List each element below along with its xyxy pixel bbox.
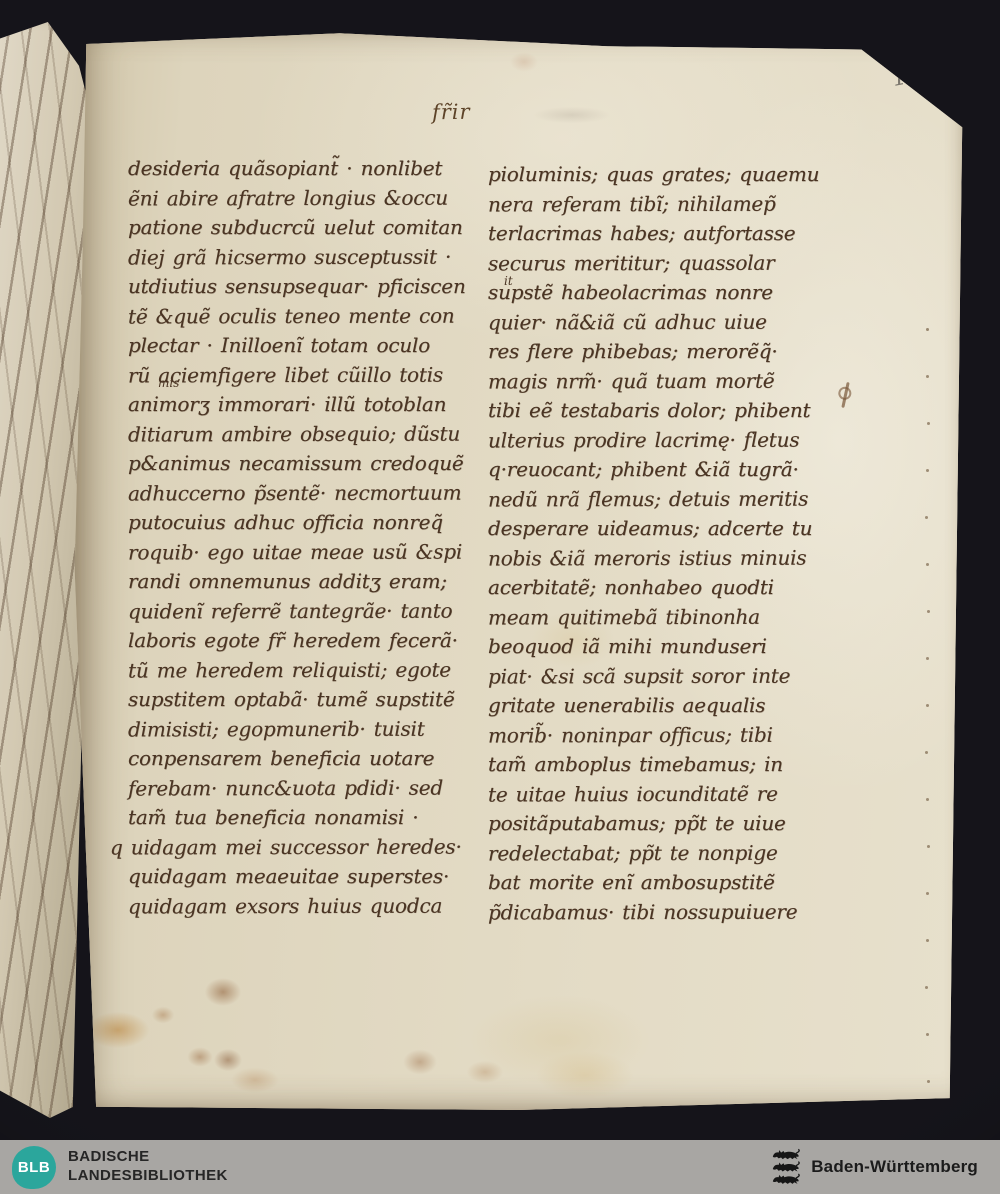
baden-wuerttemberg-arms-icon <box>772 1144 800 1190</box>
manuscript-line: pioluminis; quas grates; quaemu <box>488 160 840 190</box>
blb-logo-icon: BLB <box>12 1146 56 1189</box>
prick-marks <box>926 328 929 331</box>
manuscript-line: q·reuocant; phibent &iã tugrã· <box>488 455 840 485</box>
manuscript-line: animorʒ immorari· illũ totoblan <box>128 390 480 420</box>
state-name: Baden-Württemberg <box>811 1157 978 1177</box>
manuscript-line: morib̃· noninpar officus; tibi <box>488 720 840 750</box>
manuscript-line: beoquod iã mihi munduseri <box>488 632 840 662</box>
manuscript-line: laboris egote fr̃ heredem fecerã· <box>128 626 480 656</box>
manuscript-line: supstẽ habeolacrimas nonre <box>488 278 840 308</box>
interlinear-gloss: mis <box>158 376 179 390</box>
running-title: fr̃ir <box>432 100 471 125</box>
manuscript-line: rũ aciemfigere libet cũillo totis <box>128 360 480 390</box>
manuscript-line: tũ me heredem reliquisti; egote <box>128 655 480 685</box>
manuscript-line: dimisisti; egopmunerib· tuisit <box>128 714 480 744</box>
manuscript-line: tam̃ amboplus timebamus; in <box>488 750 840 780</box>
manuscript-line: roquib· ego uitae meae usũ &spi <box>128 537 480 567</box>
manuscript-line: quier· nã&iã cũ adhuc uiue <box>488 307 840 337</box>
manuscript-line: desideria quãsopiant̃ · nonlibet <box>128 154 480 184</box>
manuscript-line: adhuccerno p̃sentẽ· necmortuum <box>128 478 480 508</box>
page-number-pencil: 104 <box>890 57 945 92</box>
manuscript-line: patione subducrcũ uelut comitan <box>128 213 480 243</box>
manuscript-line: randi omnemunus additʒ eram; <box>128 567 480 597</box>
manuscript-line: ẽni abire afratre longius &occu <box>128 183 480 213</box>
manuscript-line: utdiutius sensupsequar· pficiscen <box>128 272 480 302</box>
manuscript-line: plectar · Inilloenĩ totam oculo <box>128 331 480 361</box>
manuscript-line: securus merititur; quassolar <box>488 248 840 278</box>
manuscript-line: tam̃ tua beneficia nonamisi · <box>128 803 480 833</box>
manuscript-line: piat· &si scã supsit soror inte <box>488 661 840 691</box>
interlinear-gloss: it <box>504 274 513 288</box>
manuscript-line: bat morite enĩ ambosupstitẽ <box>488 868 840 898</box>
manuscript-line: meam quitimebã tibinonha <box>488 602 840 632</box>
footer-bar: BLB BADISCHE LANDESBIBLIOTHEK Baden-Würt <box>0 1140 1000 1194</box>
state-brand: Baden-Württemberg <box>772 1140 978 1194</box>
manuscript-scan-viewport: fr̃ir 104 desideria quãsopiant̃ · nonlib… <box>0 0 1000 1194</box>
manuscript-line: tẽ &quẽ oculis teneo mente con <box>128 301 480 331</box>
manuscript-line: magis nrm̃· quã tuam mortẽ <box>488 366 840 396</box>
manuscript-line: ferebam· nunc&uota pdidi· sed <box>128 773 480 803</box>
manuscript-line: res flere phibebas; merorẽq̃· <box>488 337 840 367</box>
manuscript-line: terlacrimas habes; autfortasse <box>488 219 840 249</box>
manuscript-line: quidenĩ referrẽ tantegrãe· tanto <box>128 596 480 626</box>
manuscript-line: tibi eẽ testabaris dolor; phibent <box>488 396 840 426</box>
blb-logo-text: BLB <box>18 1159 50 1176</box>
manuscript-line: p̃dicabamus· tibi nossupuiuere <box>488 897 840 927</box>
manuscript-line: acerbitatẽ; nonhabeo quodti <box>488 573 840 603</box>
manuscript-line: gritate uenerabilis aequalis <box>488 691 840 721</box>
manuscript-page: fr̃ir 104 desideria quãsopiant̃ · nonlib… <box>72 30 964 1110</box>
manuscript-line: p&animus necamissum credoquẽ <box>128 449 480 479</box>
manuscript-line: diej grã hicsermo susceptussit · <box>128 242 480 272</box>
manuscript-line: desperare uideamus; adcerte tu <box>488 514 840 544</box>
library-name-line1: BADISCHE <box>68 1148 228 1167</box>
manuscript-line: quidagam exsors huius quodca <box>128 891 480 921</box>
manuscript-line: nera referam tibĩ; nihilamep̃ <box>488 189 840 219</box>
manuscript-line: q uidagam mei successor heredes· <box>110 832 480 862</box>
manuscript-line: nobis &iã meroris istius minuis <box>488 543 840 573</box>
manuscript-line: nedũ nrã flemus; detuis meritis <box>488 484 840 514</box>
manuscript-line: ditiarum ambire obsequio; dũstu <box>128 419 480 449</box>
manuscript-line: putocuius adhuc officia nonreq̃ <box>128 508 480 538</box>
library-brand: BLB BADISCHE LANDESBIBLIOTHEK <box>12 1146 228 1189</box>
library-name: BADISCHE LANDESBIBLIOTHEK <box>68 1148 228 1186</box>
manuscript-line: conpensarem beneficia uotare <box>128 744 480 774</box>
manuscript-line: ulterius prodire lacrimę· fletus <box>488 425 840 455</box>
manuscript-line: positãputabamus; pp̃t te uiue <box>488 809 840 839</box>
manuscript-line: redelectabat; pp̃t te nonpige <box>488 838 840 868</box>
text-column-right: pioluminis; quas grates; quaemunera refe… <box>488 160 840 927</box>
text-column-left: desideria quãsopiant̃ · nonlibetẽni abir… <box>128 154 480 921</box>
manuscript-line: quidagam meaeuitae superstes· <box>128 862 480 892</box>
library-name-line2: LANDESBIBLIOTHEK <box>68 1167 228 1186</box>
manuscript-line: te uitae huius iocunditatẽ re <box>488 779 840 809</box>
margin-pen-mark <box>841 382 849 408</box>
manuscript-line: supstitem optabã· tumẽ supstitẽ <box>128 685 480 715</box>
